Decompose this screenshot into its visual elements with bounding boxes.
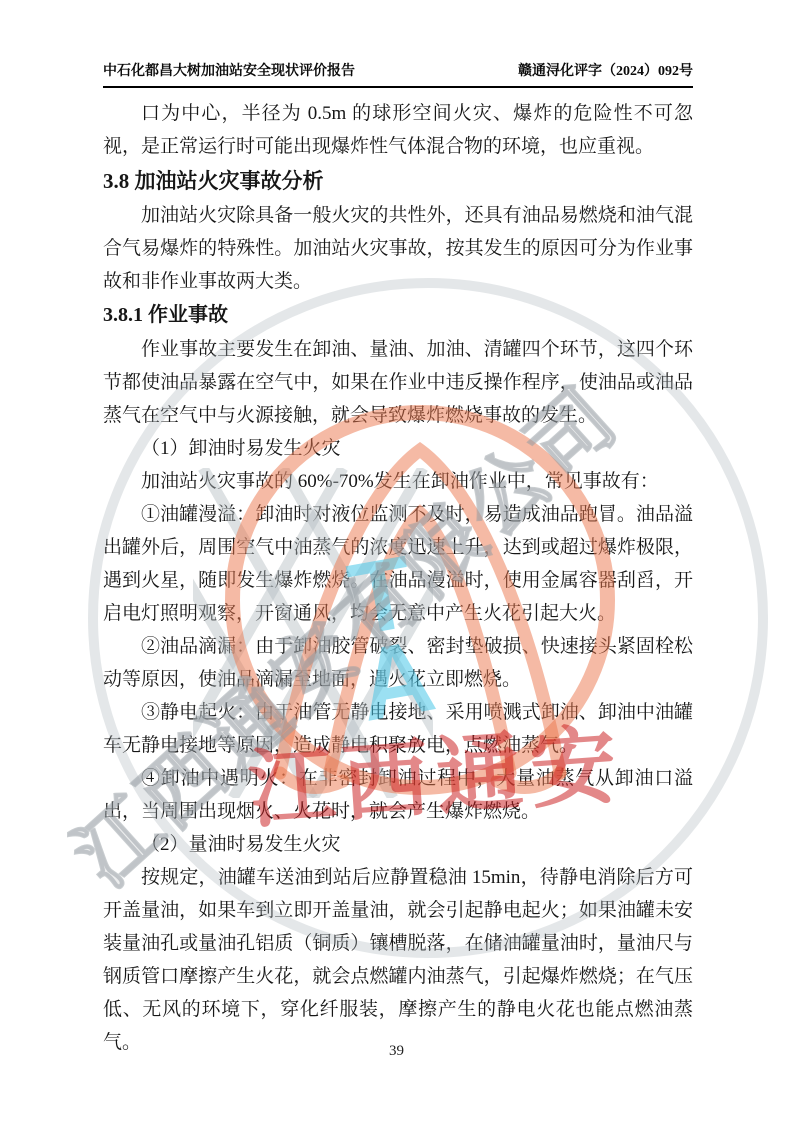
header-report-title: 中石化都昌大树加油站安全现状评价报告 bbox=[103, 60, 355, 80]
section-heading-3-8: 3.8 加油站火灾事故分析 bbox=[103, 163, 693, 199]
bullet-point-4: ④卸油中遇明火：在非密封卸油过程中，大量油蒸气从卸油口溢出，当周围出现烟火、火花… bbox=[103, 762, 693, 828]
bullet-point-2: ②油品滴漏：由于卸油胶管破裂、密封垫破损、快速接头紧固栓松动等原因，使油品滴漏至… bbox=[103, 630, 693, 696]
paragraph-item-2: 按规定，油罐车送油到站后应静置稳油 15min，待静电消除后方可开盖量油，如果车… bbox=[103, 861, 693, 1059]
bullet-point-1: ①油罐漫溢：卸油时对液位监测不及时，易造成油品跑冒。油品溢出罐外后，周围空气中油… bbox=[103, 498, 693, 630]
page-header: 中石化都昌大树加油站安全现状评价报告 赣通浔化评字（2024）092号 bbox=[103, 60, 693, 88]
paragraph-section-381: 作业事故主要发生在卸油、量油、加油、清罐四个环节，这四个环节都使油品暴露在空气中… bbox=[103, 333, 693, 432]
header-doc-number: 赣通浔化评字（2024）092号 bbox=[518, 60, 693, 80]
bullet-point-3: ③静电起火：由于油管无静电接地、采用喷溅式卸油、卸油中油罐车无静电接地等原因，造… bbox=[103, 696, 693, 762]
page-body: 口为中心，半径为 0.5m 的球形空间火灾、爆炸的危险性不可忽视，是正常运行时可… bbox=[103, 97, 693, 1059]
list-item-1-intro: 加油站火灾事故的 60%-70%发生在卸油作业中，常见事故有： bbox=[103, 465, 693, 498]
paragraph-section-38: 加油站火灾除具备一般火灾的共性外，还具有油品易燃烧和油气混合气易爆炸的特殊性。加… bbox=[103, 199, 693, 298]
page-number: 39 bbox=[0, 1043, 793, 1060]
list-item-1-title: （1）卸油时易发生火灾 bbox=[103, 432, 693, 465]
paragraph-continued: 口为中心，半径为 0.5m 的球形空间火灾、爆炸的危险性不可忽视，是正常运行时可… bbox=[103, 97, 693, 163]
section-heading-3-8-1: 3.8.1 作业事故 bbox=[103, 298, 693, 333]
document-page: 中石化都昌大树加油站安全现状评价报告 赣通浔化评字（2024）092号 口为中心… bbox=[0, 0, 793, 1122]
list-item-2-title: （2）量油时易发生火灾 bbox=[103, 828, 693, 861]
